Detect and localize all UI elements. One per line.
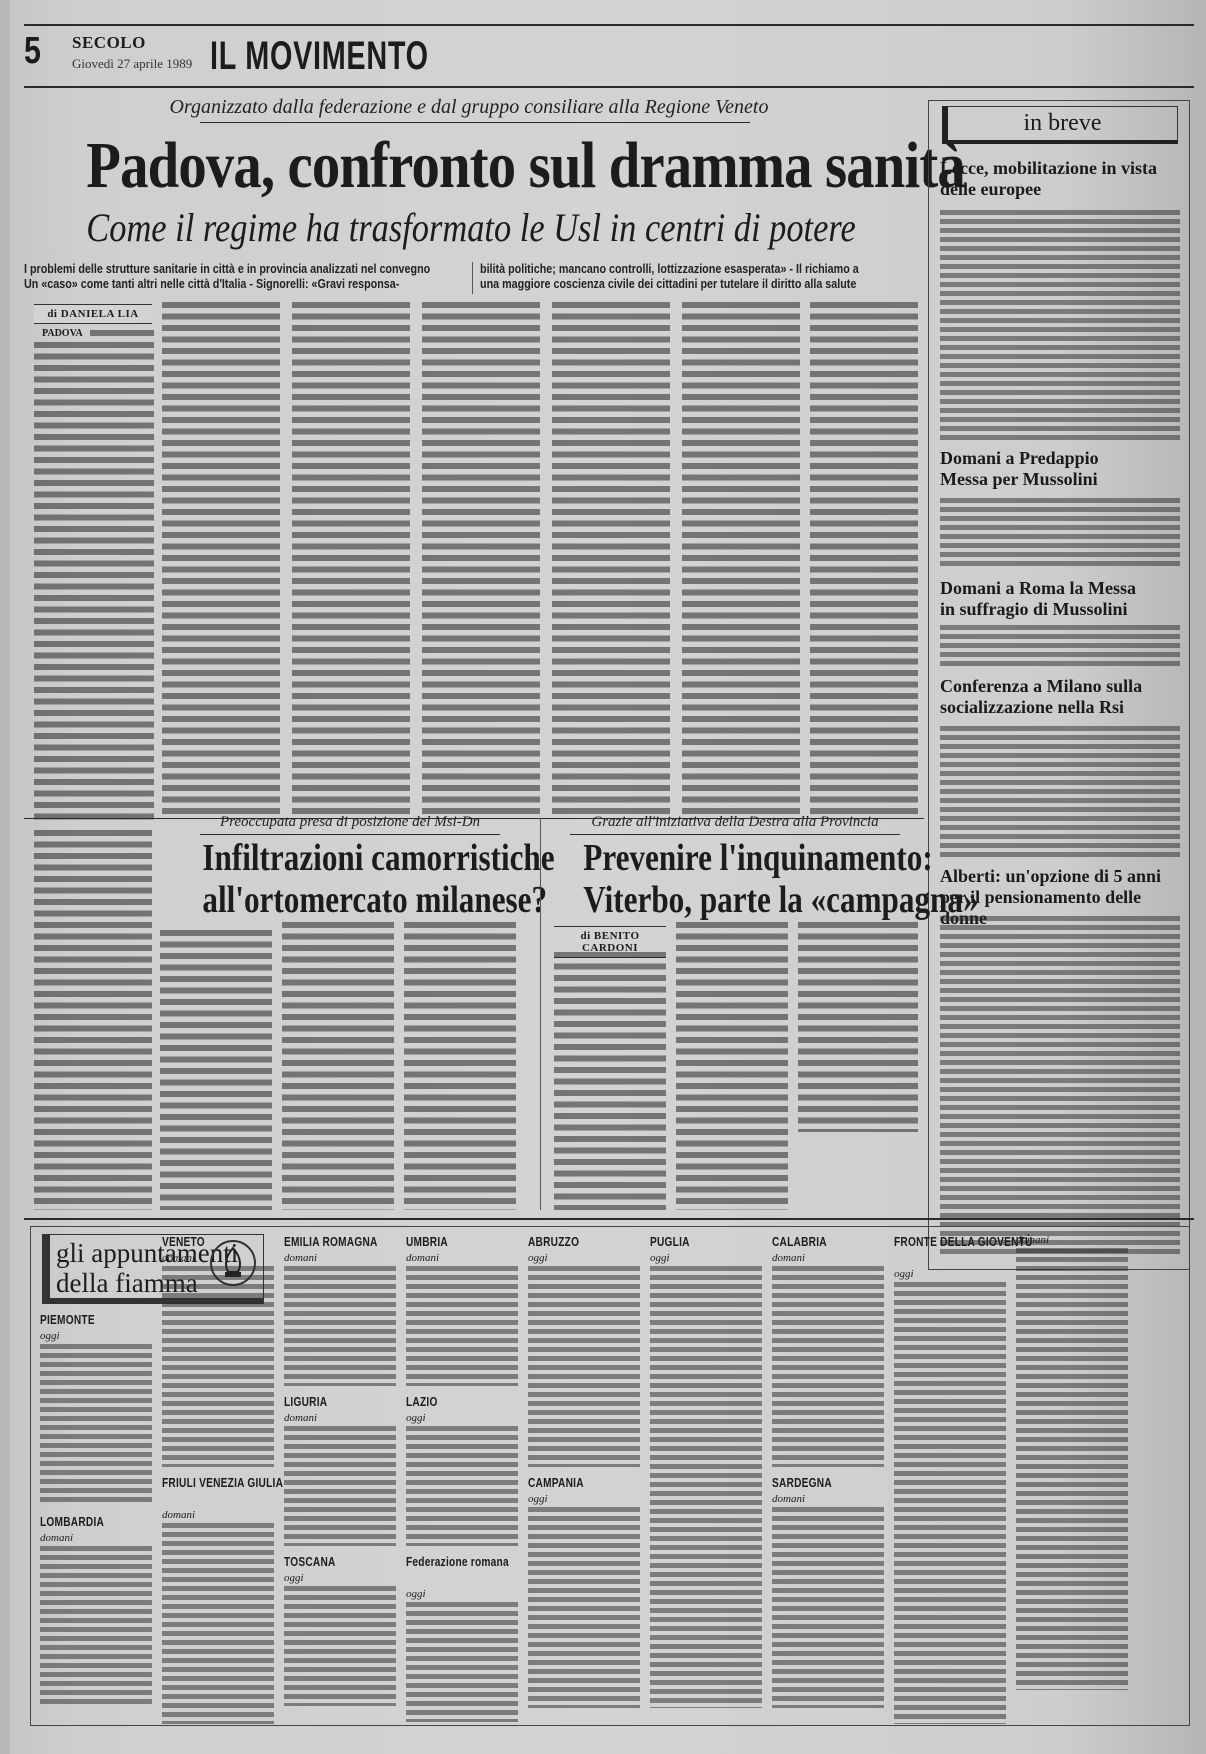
- schedule-day: oggi: [284, 1572, 304, 1584]
- region-heading: SARDEGNA: [772, 1475, 859, 1490]
- viterbo-headline-2: Viterbo, parte la «campagna»: [583, 880, 886, 920]
- lead-text-col7: [810, 302, 918, 817]
- breve-text-lecce: [940, 210, 1180, 440]
- region-heading: EMILIA ROMAGNA: [284, 1234, 371, 1249]
- schedule-text: [650, 1266, 762, 1708]
- masthead-rule: [24, 86, 1194, 88]
- schedule-text: [284, 1586, 396, 1706]
- lead-text-col6: [682, 302, 800, 817]
- schedule-text: [40, 1344, 152, 1506]
- schedule-text: [772, 1266, 884, 1467]
- in-breve-title: in breve: [942, 106, 1178, 144]
- region-heading: Federazione romana: [406, 1554, 493, 1569]
- breve-text-milano: [940, 726, 1180, 858]
- region-heading: CAMPANIA: [528, 1475, 615, 1490]
- milano-text-col3: [404, 922, 516, 1210]
- schedule-text: [894, 1282, 1006, 1724]
- schedule-text: [162, 1266, 274, 1467]
- viterbo-headline-1: Prevenire l'inquinamento:: [583, 838, 886, 878]
- lead-text-col1: [34, 342, 154, 822]
- schedule-text: [406, 1602, 518, 1722]
- milano-headline-1: Infiltrazioni camorristiche: [202, 838, 497, 878]
- viterbo-text-col2: [676, 922, 788, 1210]
- breve-text-roma: [940, 625, 1180, 670]
- region-heading: TOSCANA: [284, 1554, 371, 1569]
- lead-byline: di DANIELA LIA: [34, 304, 152, 324]
- deck-right: bilità politiche; mancano controlli, lot…: [480, 262, 920, 292]
- schedule-day: oggi: [894, 1268, 914, 1280]
- region-heading: PIEMONTE: [40, 1312, 127, 1327]
- schedule-day: domani: [772, 1493, 805, 1505]
- schedule-day: domani: [40, 1532, 73, 1544]
- lead-kicker: Organizzato dalla federazione e dal grup…: [24, 96, 914, 119]
- schedule-day: oggi: [40, 1330, 60, 1342]
- issue-date: Giovedì 27 aprile 1989: [72, 56, 192, 72]
- schedule-text: [162, 1523, 274, 1724]
- milano-headline-2: all'ortomercato milanese?: [202, 880, 497, 920]
- milano-kicker: Preoccupata presa di posizione del Msi-D…: [170, 814, 530, 831]
- region-heading: ABRUZZO: [528, 1234, 615, 1249]
- schedule-day: oggi: [406, 1412, 426, 1424]
- kicker-underline: [200, 122, 750, 123]
- mid-divider: [540, 818, 541, 1210]
- region-heading: LAZIO: [406, 1394, 493, 1409]
- viterbo-text-col1: [554, 952, 666, 1210]
- schedule-day: oggi: [528, 1493, 548, 1505]
- region-heading: PUGLIA: [650, 1234, 737, 1249]
- schedule-day: oggi: [650, 1252, 670, 1264]
- deck-divider: [472, 262, 473, 294]
- schedule-day: domani: [1016, 1234, 1049, 1246]
- region-heading: FRONTE DELLA GIOVENTÙ: [894, 1234, 981, 1249]
- lead-text-continuation: [34, 830, 152, 1210]
- top-rule: [24, 24, 1194, 26]
- lead-subheadline: Come il regime ha trasformato le Usl in …: [86, 204, 851, 251]
- breve-text-predappio: [940, 498, 1180, 570]
- milano-kicker-underline: [200, 834, 500, 835]
- schedule-text: [1016, 1248, 1128, 1690]
- schedule-text: [528, 1507, 640, 1708]
- region-heading: FRIULI VENEZIA GIULIA: [162, 1475, 249, 1490]
- region-heading: UMBRIA: [406, 1234, 493, 1249]
- schedule-day: domani: [162, 1509, 195, 1521]
- schedule-text: [284, 1426, 396, 1546]
- breve-headline-milano: Conferenza a Milano sulla socializzazion…: [940, 676, 1180, 718]
- schedule-day: oggi: [406, 1588, 426, 1600]
- schedule-day: domani: [284, 1412, 317, 1424]
- lead-text-col2: [162, 302, 280, 817]
- schedule-text: [406, 1426, 518, 1546]
- schedule-day: domani: [772, 1252, 805, 1264]
- region-heading: VENETO: [162, 1234, 249, 1249]
- breve-headline-predappio: Domani a Predappio Messa per Mussolini: [940, 448, 1140, 490]
- newspaper-page: 5 SECOLO Giovedì 27 aprile 1989 IL MOVIM…: [10, 0, 1206, 1754]
- viterbo-kicker: Grazie all'iniziativa della Destra alla …: [550, 814, 920, 831]
- schedule-day: domani: [284, 1252, 317, 1264]
- milano-text-col2: [282, 922, 394, 1210]
- breve-headline-roma: Domani a Roma la Messa in suffragio di M…: [940, 578, 1150, 620]
- lead-text-col4: [422, 302, 540, 817]
- region-heading: CALABRIA: [772, 1234, 859, 1249]
- lead-headline: Padova, confronto sul dramma sanità: [86, 128, 851, 204]
- section-title: IL MOVIMENTO: [210, 34, 429, 79]
- schedule-text: [406, 1266, 518, 1386]
- deck-left: I problemi delle strutture sanitarie in …: [24, 262, 464, 292]
- schedule-day: domani: [406, 1252, 439, 1264]
- schedule-day: oggi: [528, 1252, 548, 1264]
- milano-text-col1: [160, 930, 272, 1210]
- schedule-text: [528, 1266, 640, 1467]
- schedule-text: [40, 1546, 152, 1708]
- newspaper-name: SECOLO: [72, 33, 146, 53]
- lead-text-col5: [552, 302, 670, 817]
- schedule-text: [772, 1507, 884, 1708]
- region-heading: LIGURIA: [284, 1394, 371, 1409]
- schedule-text: [284, 1266, 396, 1386]
- lead-dateline: PADOVA: [42, 328, 83, 339]
- lead-text-first-line: [90, 330, 154, 340]
- page-number: 5: [24, 30, 41, 73]
- region-heading: LOMBARDIA: [40, 1514, 127, 1529]
- appuntamenti-top-rule: [24, 1218, 1194, 1220]
- schedule-day: domani: [162, 1252, 195, 1264]
- viterbo-text-col3: [798, 922, 918, 1132]
- viterbo-kicker-underline: [570, 834, 900, 835]
- lead-text-col3: [292, 302, 410, 817]
- breve-headline-lecce: Lecce, mobilitazione in vista delle euro…: [940, 158, 1180, 200]
- breve-text-alberti: [940, 916, 1180, 1256]
